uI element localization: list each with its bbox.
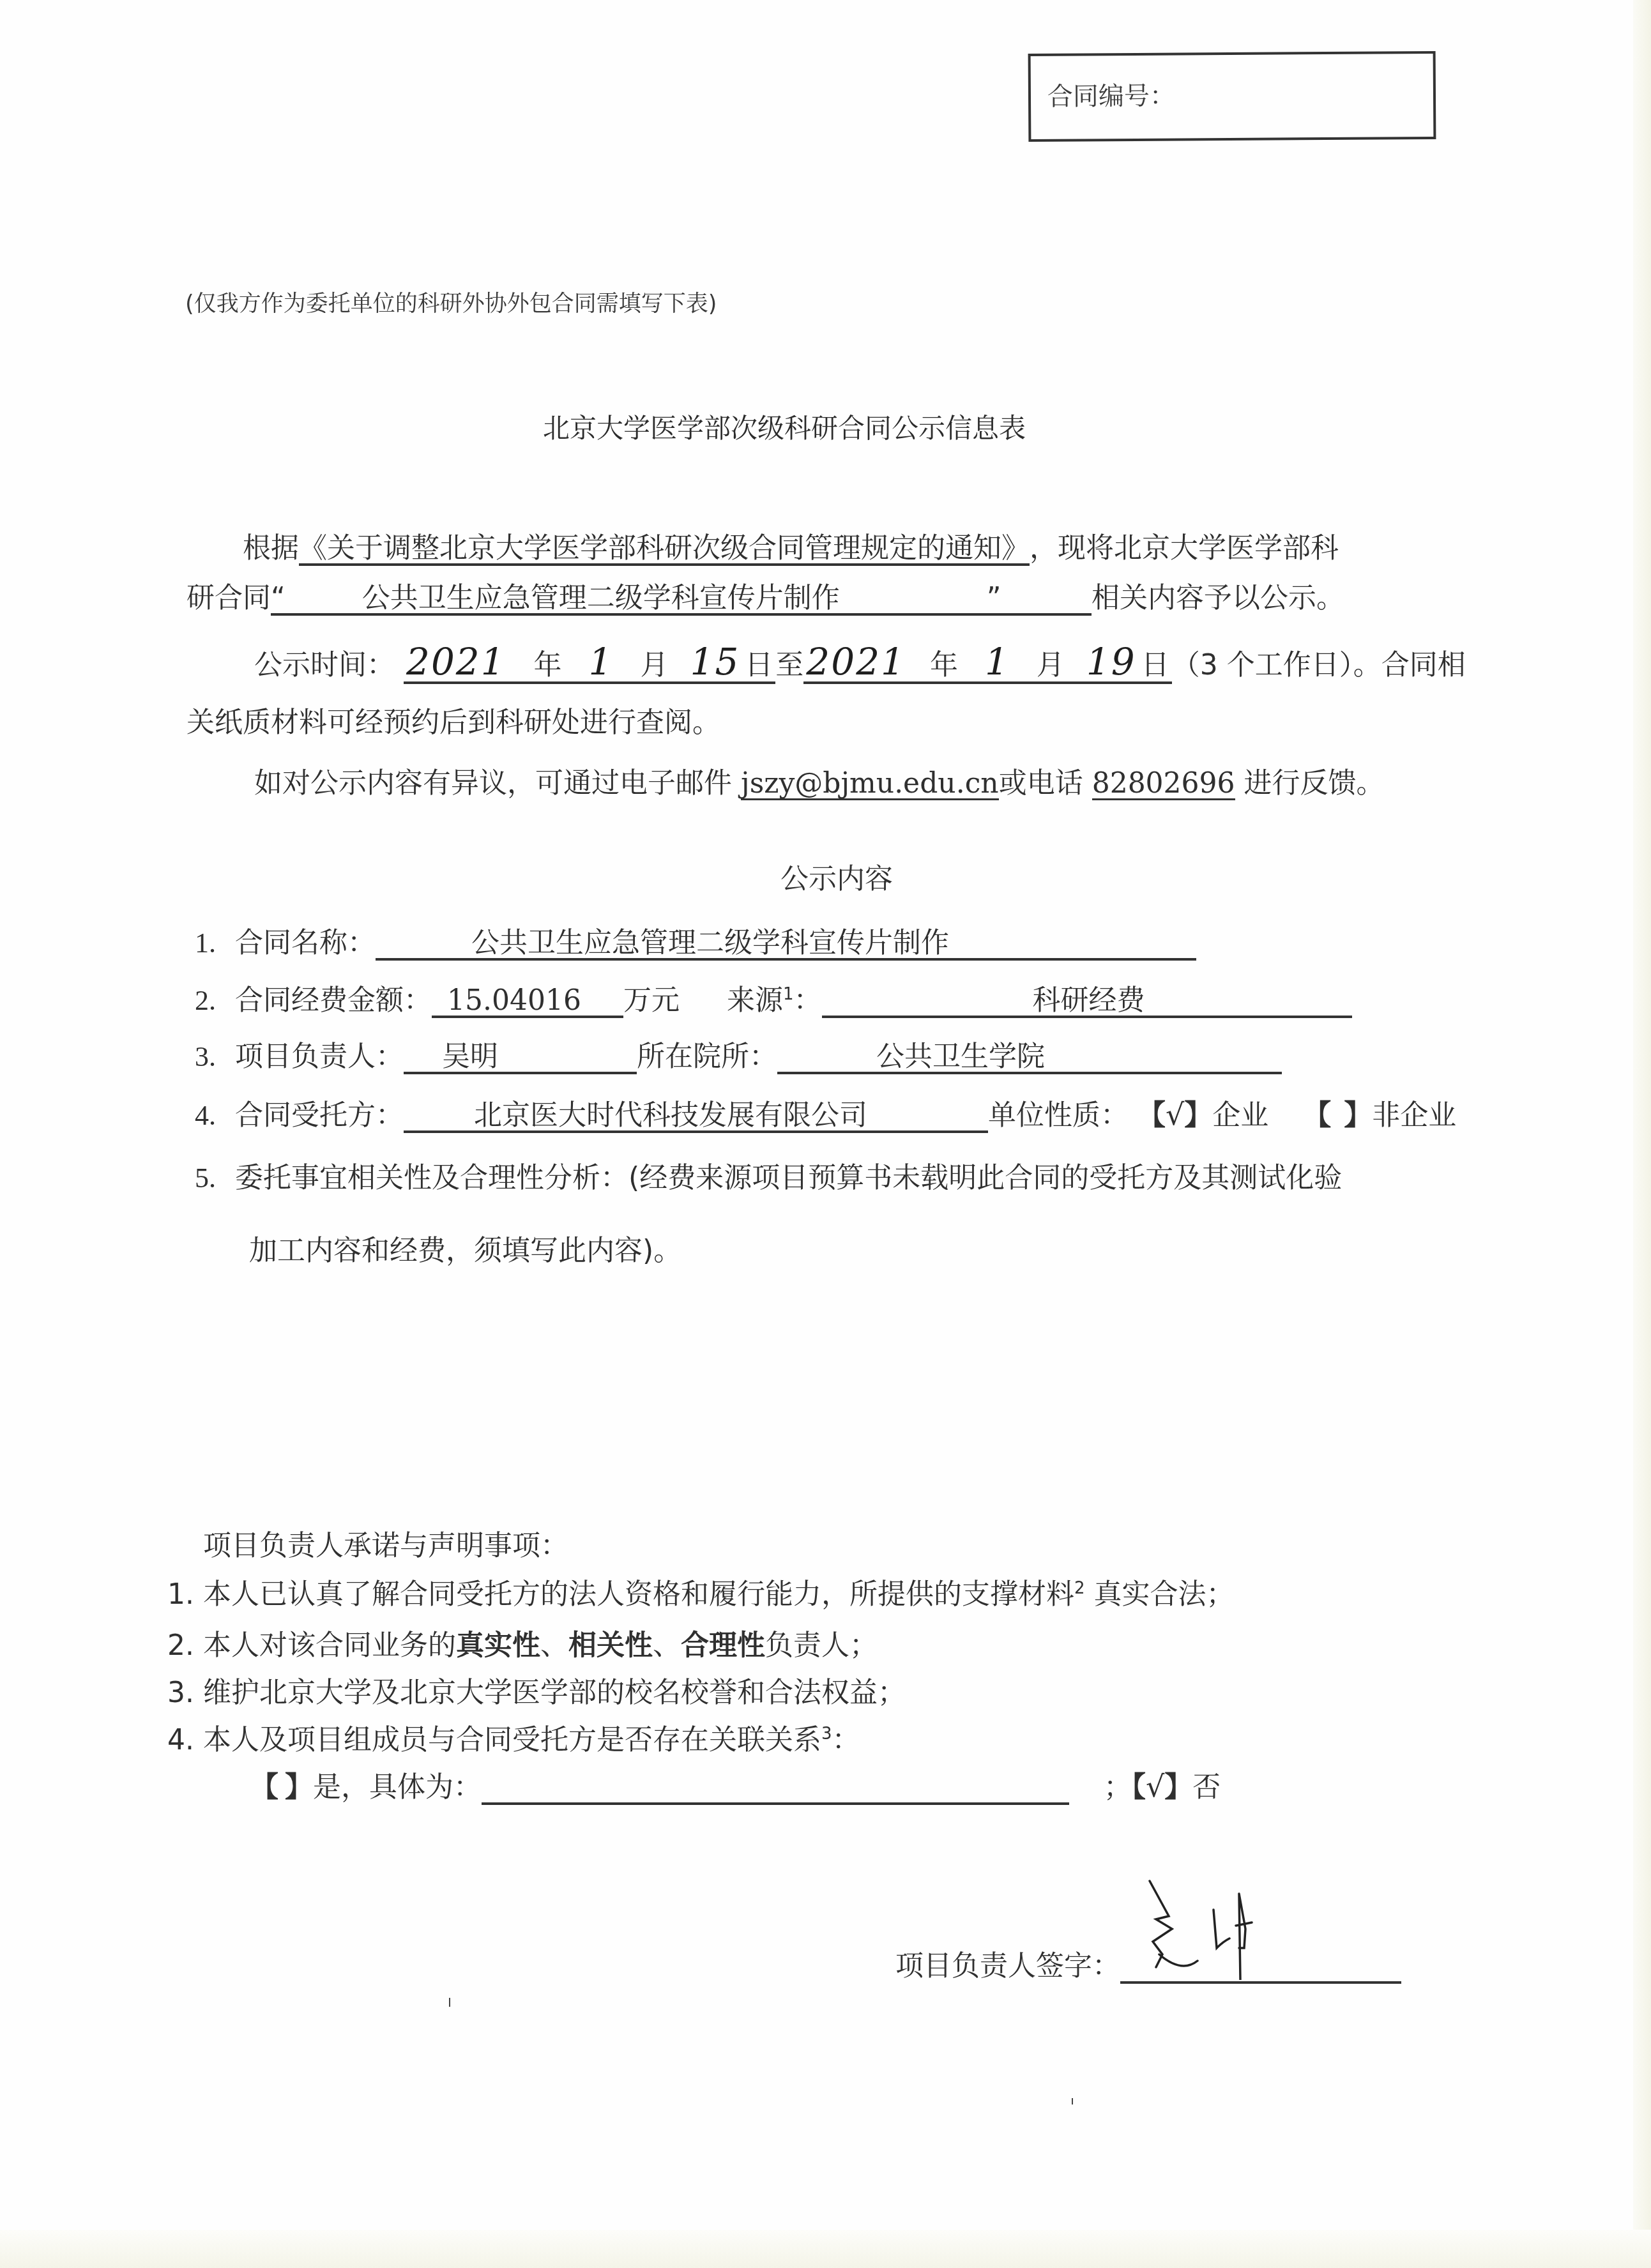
rationale-line-1: (经费来源项目预算书未载明此合同的受托方及其测试化验: [628, 1162, 1342, 1194]
decl-bold-reasonableness: 合理性: [681, 1629, 765, 1662]
source-footnote: 1: [783, 985, 794, 1004]
declaration-item-3: 3. 维护北京大学及北京大学医学部的校名校誉和合法权益；: [167, 1670, 906, 1710]
contract-number-box: 合同编号：: [1028, 51, 1436, 142]
item-label: 合同受托方：: [235, 1099, 404, 1132]
contractor-value: 北京医大时代科技发展有限公司: [404, 1101, 988, 1133]
item-rationale: 5.委托事宜相关性及合理性分析：(经费来源项目预算书未载明此合同的受托方及其测试…: [195, 1155, 1342, 1196]
intro-prefix: 根据: [243, 532, 299, 565]
check-mark-icon: √: [1166, 1097, 1184, 1132]
contract-number-label: 合同编号：: [1047, 76, 1175, 113]
relation-detail-field[interactable]: [482, 1774, 1069, 1805]
institute-value: 公共卫生学院: [777, 1042, 1282, 1074]
institute-label: 所在院所：: [637, 1040, 777, 1073]
separator: 、: [540, 1629, 568, 1662]
decl-text: 维护北京大学及北京大学医学部的校名校誉和合法权益；: [203, 1677, 906, 1709]
decl-footnote: 2: [1074, 1579, 1085, 1598]
decl-text: 本人及项目组成员与合同受托方是否存在关联关系: [203, 1724, 821, 1756]
item-contract-name: 1.合同名称：公共卫生应急管理二级学科宣传片制作: [195, 920, 1196, 961]
period-label: 公示时间：: [254, 649, 395, 681]
item-project-leader: 3.项目负责人：吴明所在院所：公共卫生学院: [195, 1033, 1282, 1074]
item-number: 4.: [195, 1100, 216, 1131]
period-start-field: 2021 年 1 月 15日: [404, 643, 775, 684]
period-end-field: 2021 年 1 月 19日: [803, 643, 1171, 684]
intro-line2-suffix: 相关内容予以公示。: [1092, 582, 1344, 614]
declaration-item-4: 4. 本人及项目组成员与合同受托方是否存在关联关系3：: [167, 1717, 860, 1758]
feedback-phone[interactable]: 82802696: [1092, 769, 1235, 800]
separator: ；: [1104, 1771, 1132, 1804]
section-title: 公示内容: [780, 856, 893, 897]
item-label: 项目负责人：: [235, 1040, 404, 1073]
decl-bold-relevance: 相关性: [568, 1629, 653, 1662]
enterprise-checkbox[interactable]: 【√】: [1137, 1099, 1212, 1132]
feedback-prefix: 如对公示内容有异议，可通过电子邮件: [254, 767, 732, 800]
end-month: 1: [985, 640, 1010, 683]
signature-label: 项目负责人签字：: [895, 1950, 1120, 1983]
item-contractor: 4.合同受托方：北京医大时代科技发展有限公司单位性质： 【√】企业 【】非企业: [195, 1092, 1456, 1133]
decl-text-end: 负责人；: [765, 1629, 878, 1662]
contract-amount-value: 15.04016: [432, 986, 623, 1018]
end-month-unit: 月: [1037, 649, 1065, 681]
separator: 、: [653, 1629, 681, 1662]
intro-line2-prefix: 研合同: [186, 582, 271, 614]
decl-text-end: 真实合法；: [1094, 1578, 1235, 1611]
decl-number: 4.: [167, 1724, 194, 1756]
check-mark-icon: √: [1146, 1769, 1164, 1804]
item-contract-amount: 2.合同经费金额：15.04016万元 来源1：科研经费: [195, 977, 1352, 1018]
scan-edge-bottom: [0, 2230, 1651, 2268]
start-month-unit: 月: [641, 649, 669, 681]
period-to: 至: [775, 649, 803, 681]
feedback-email[interactable]: jszy@bjmu.edu.cn: [741, 769, 999, 800]
applicability-note: (仅我方作为委托单位的科研外协外包合同需填写下表): [185, 286, 717, 318]
relation-yes-checkbox[interactable]: 【】: [250, 1771, 313, 1804]
project-leader-value: 吴明: [404, 1042, 637, 1074]
scan-mark: [449, 1998, 450, 2007]
start-month: 1: [589, 640, 614, 683]
contract-name-value: 公共卫生应急管理二级学科宣传片制作: [376, 929, 1196, 961]
intro-suffix: ，现将北京大学医学部科: [1030, 532, 1339, 565]
period-line: 公示时间： 2021 年 1 月 15日至 2021 年 1 月 19日（3 个…: [254, 642, 1466, 684]
notice-title: 《关于调整北京大学医学部科研次级合同管理规定的通知》: [299, 534, 1030, 566]
relation-yes-label: 是，具体为：: [313, 1771, 482, 1804]
decl-footnote: 3: [821, 1724, 832, 1744]
intro-contract-name-field: “公共卫生应急管理二级学科宣传片制作”: [271, 584, 1092, 616]
start-year-unit: 年: [534, 649, 562, 681]
decl-text: 本人对该合同业务的: [203, 1629, 456, 1662]
item-number: 3.: [195, 1041, 216, 1072]
item-label: 委托事宜相关性及合理性分析：: [235, 1162, 628, 1194]
intro-line-1: 根据《关于调整北京大学医学部科研次级合同管理规定的通知》，现将北京大学医学部科: [243, 525, 1339, 566]
start-day: 15: [690, 640, 740, 683]
declaration-item-1: 1. 本人已认真了解合同受托方的法人资格和履行能力，所提供的支撑材料2 真实合法…: [167, 1571, 1235, 1612]
end-day-unit: 日: [1141, 649, 1169, 681]
handwritten-signature: 吴明: [1143, 1878, 1303, 1980]
decl-number: 2.: [167, 1629, 194, 1662]
relation-no-label: 否: [1192, 1771, 1221, 1804]
item-number: 1.: [195, 927, 216, 959]
source-value: 科研经费: [822, 986, 1352, 1018]
nature-label: 单位性质：: [988, 1099, 1129, 1132]
start-day-unit: 日: [745, 649, 773, 681]
decl-text-end: ：: [832, 1724, 860, 1756]
intro-line-2: 研合同“公共卫生应急管理二级学科宣传片制作”相关内容予以公示。: [186, 575, 1344, 616]
end-day: 19: [1086, 640, 1136, 683]
relation-options: 【】是，具体为： ；【√】否: [250, 1764, 1221, 1805]
rationale-line-2: 加工内容和经费，须填写此内容)。: [249, 1228, 681, 1268]
decl-text: 本人已认真了解合同受托方的法人资格和履行能力，所提供的支撑材料: [203, 1578, 1074, 1611]
source-colon: ：: [794, 984, 822, 1017]
close-quote: ”: [987, 582, 1001, 614]
open-quote: “: [271, 582, 285, 614]
decl-bold-authenticity: 真实性: [456, 1629, 540, 1662]
item-label: 合同经费金额：: [235, 984, 432, 1017]
item-number: 5.: [195, 1162, 216, 1194]
non-enterprise-checkbox[interactable]: 【】: [1303, 1099, 1372, 1132]
declaration-item-2: 2. 本人对该合同业务的真实性、相关性、合理性负责人；: [167, 1622, 878, 1663]
period-line-2: 关纸质材料可经预约后到科研处进行查阅。: [186, 699, 720, 740]
decl-number: 1.: [167, 1578, 194, 1611]
start-year: 2021: [406, 640, 506, 683]
amount-unit: 万元: [623, 984, 680, 1017]
enterprise-option-label: 企业: [1212, 1099, 1268, 1132]
feedback-suffix: 进行反馈。: [1244, 767, 1385, 800]
feedback-middle: 或电话: [999, 767, 1083, 800]
intro-contract-name: 公共卫生应急管理二级学科宣传片制作: [362, 582, 840, 614]
period-suffix: （3 个工作日）。合同相: [1172, 649, 1466, 681]
page-title: 北京大学医学部次级科研合同公示信息表: [543, 407, 1026, 446]
relation-no-checkbox[interactable]: 【√】: [1132, 1771, 1192, 1804]
scan-edge-right: [1633, 0, 1651, 2268]
item-number: 2.: [195, 985, 216, 1016]
decl-number: 3.: [167, 1677, 194, 1709]
source-label: 来源: [727, 984, 783, 1017]
end-year: 2021: [806, 640, 906, 683]
non-enterprise-option-label: 非企业: [1372, 1099, 1456, 1132]
item-label: 合同名称：: [235, 927, 376, 959]
declaration-heading: 项目负责人承诺与声明事项：: [203, 1523, 568, 1564]
scan-mark: [1072, 2098, 1073, 2104]
end-year-unit: 年: [930, 649, 958, 681]
feedback-line: 如对公示内容有异议，可通过电子邮件 jszy@bjmu.edu.cn或电话 82…: [254, 760, 1385, 801]
document-page: 合同编号： (仅我方作为委托单位的科研外协外包合同需填写下表) 北京大学医学部次…: [0, 0, 1651, 2268]
